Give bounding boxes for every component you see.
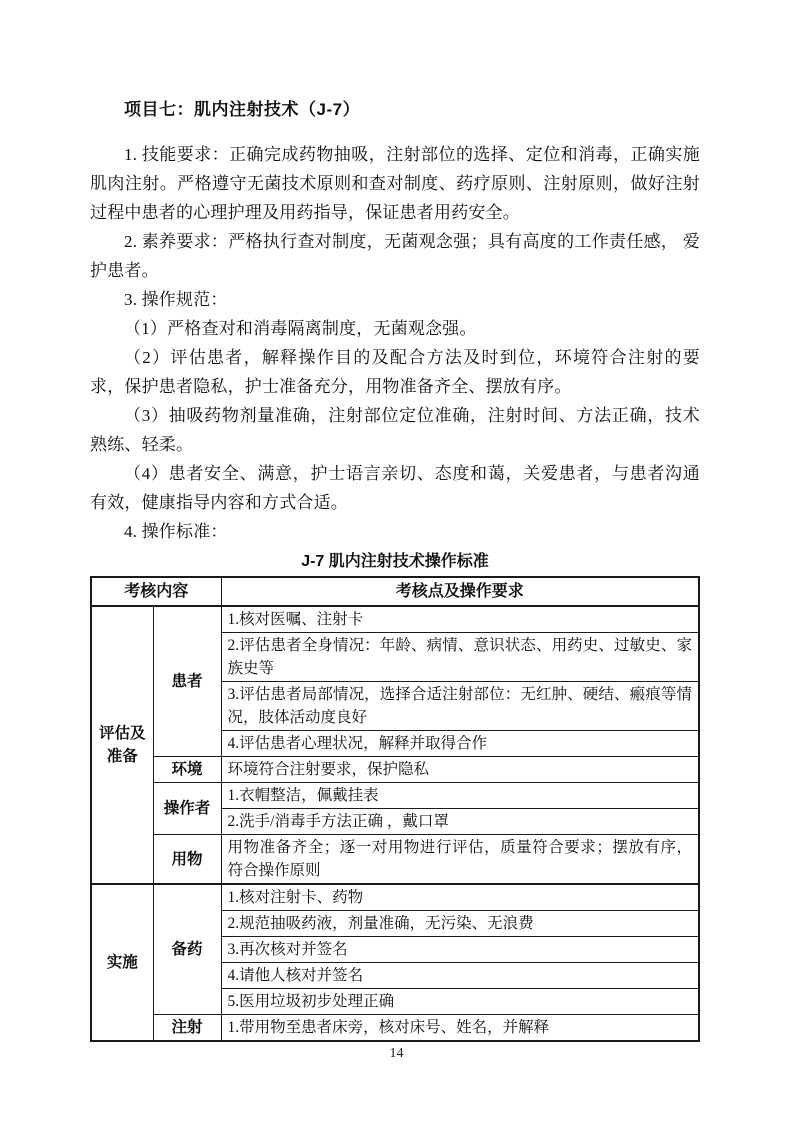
table-cell: 3.再次核对并签名 — [221, 937, 699, 963]
subgroup-label-prepare-medicine: 备药 — [153, 884, 221, 1015]
paragraph-norm-item-1: （1）严格查对和消毒隔离制度，无菌观念强。 — [90, 314, 700, 343]
standards-table: 考核内容 考核点及操作要求 评估及准备 患者 1.核对医嘱、注射卡 2.评估患者… — [90, 576, 700, 1042]
table-cell: 2.规范抽吸药液，剂量准确，无污染、无浪费 — [221, 911, 699, 937]
group-label-implementation: 实施 — [91, 884, 153, 1041]
header-points-and-requirements: 考核点及操作要求 — [221, 577, 699, 606]
table-cell: 用物准备齐全；逐一对用物进行评估，质量符合要求；摆放有序，符合操作原则 — [221, 835, 699, 885]
subgroup-label-operator: 操作者 — [153, 783, 221, 835]
table-row: 用物 用物准备齐全；逐一对用物进行评估，质量符合要求；摆放有序，符合操作原则 — [91, 835, 699, 885]
paragraph-quality-requirements: 2. 素养要求：严格执行查对制度，无菌观念强；具有高度的工作责任感， 爱护患者。 — [90, 227, 700, 285]
table-cell: 5.医用垃圾初步处理正确 — [221, 989, 699, 1015]
page-number: 14 — [0, 1046, 793, 1062]
subgroup-label-injection: 注射 — [153, 1015, 221, 1042]
table-cell: 1.衣帽整洁，佩戴挂表 — [221, 783, 699, 809]
table-row: 注射 1.带用物至患者床旁，核对床号、姓名，并解释 — [91, 1015, 699, 1042]
paragraph-norm-item-3: （3）抽吸药物剂量准确，注射部位定位准确，注射时间、方法正确，技术熟练、轻柔。 — [90, 401, 700, 459]
table-title: J-7 肌内注射技术操作标准 — [90, 551, 700, 573]
table-cell: 环境符合注射要求，保护隐私 — [221, 757, 699, 783]
subgroup-label-patient: 患者 — [153, 606, 221, 757]
table-cell: 3.评估患者局部情况，选择合适注射部位：无红肿、硬结、瘢痕等情况，肢体活动度良好 — [221, 682, 699, 731]
table-cell: 1.带用物至患者床旁，核对床号、姓名，并解释 — [221, 1015, 699, 1042]
subgroup-label-environment: 环境 — [153, 757, 221, 783]
document-page: 项目七：肌内注射技术（J-7） 1. 技能要求：正确完成药物抽吸，注射部位的选择… — [0, 0, 793, 1122]
table-header-row: 考核内容 考核点及操作要求 — [91, 577, 699, 606]
paragraph-norm-item-4: （4）患者安全、满意，护士语言亲切、态度和蔼，关爱患者，与患者沟通有效，健康指导… — [90, 459, 700, 517]
section-title: 项目七：肌内注射技术（J-7） — [90, 97, 700, 123]
paragraph-norm-item-2: （2）评估患者，解释操作目的及配合方法及时到位，环境符合注射的要求，保护患者隐私… — [90, 343, 700, 401]
table-cell: 2.评估患者全身情况：年龄、病情、意识状态、用药史、过敏史、家族史等 — [221, 633, 699, 682]
paragraph-skill-requirements: 1. 技能要求：正确完成药物抽吸，注射部位的选择、定位和消毒，正确实施肌肉注射。… — [90, 140, 700, 227]
table-row: 操作者 1.衣帽整洁，佩戴挂表 — [91, 783, 699, 809]
table-cell: 2.洗手/消毒手方法正确 ，戴口罩 — [221, 809, 699, 835]
table-row: 环境 环境符合注射要求，保护隐私 — [91, 757, 699, 783]
subgroup-label-supplies: 用物 — [153, 835, 221, 885]
table-cell: 4.请他人核对并签名 — [221, 963, 699, 989]
group-label-assess-prepare: 评估及准备 — [91, 606, 153, 884]
table-cell: 4.评估患者心理状况，解释并取得合作 — [221, 731, 699, 757]
paragraph-operation-standard: 4. 操作标准： — [90, 517, 700, 546]
table-cell: 1.核对注射卡、药物 — [221, 884, 699, 911]
table-cell: 1.核对医嘱、注射卡 — [221, 606, 699, 633]
table-row: 实施 备药 1.核对注射卡、药物 — [91, 884, 699, 911]
paragraph-operation-norms: 3. 操作规范： — [90, 285, 700, 314]
table-row: 评估及准备 患者 1.核对医嘱、注射卡 — [91, 606, 699, 633]
header-assessment-content: 考核内容 — [91, 577, 221, 606]
